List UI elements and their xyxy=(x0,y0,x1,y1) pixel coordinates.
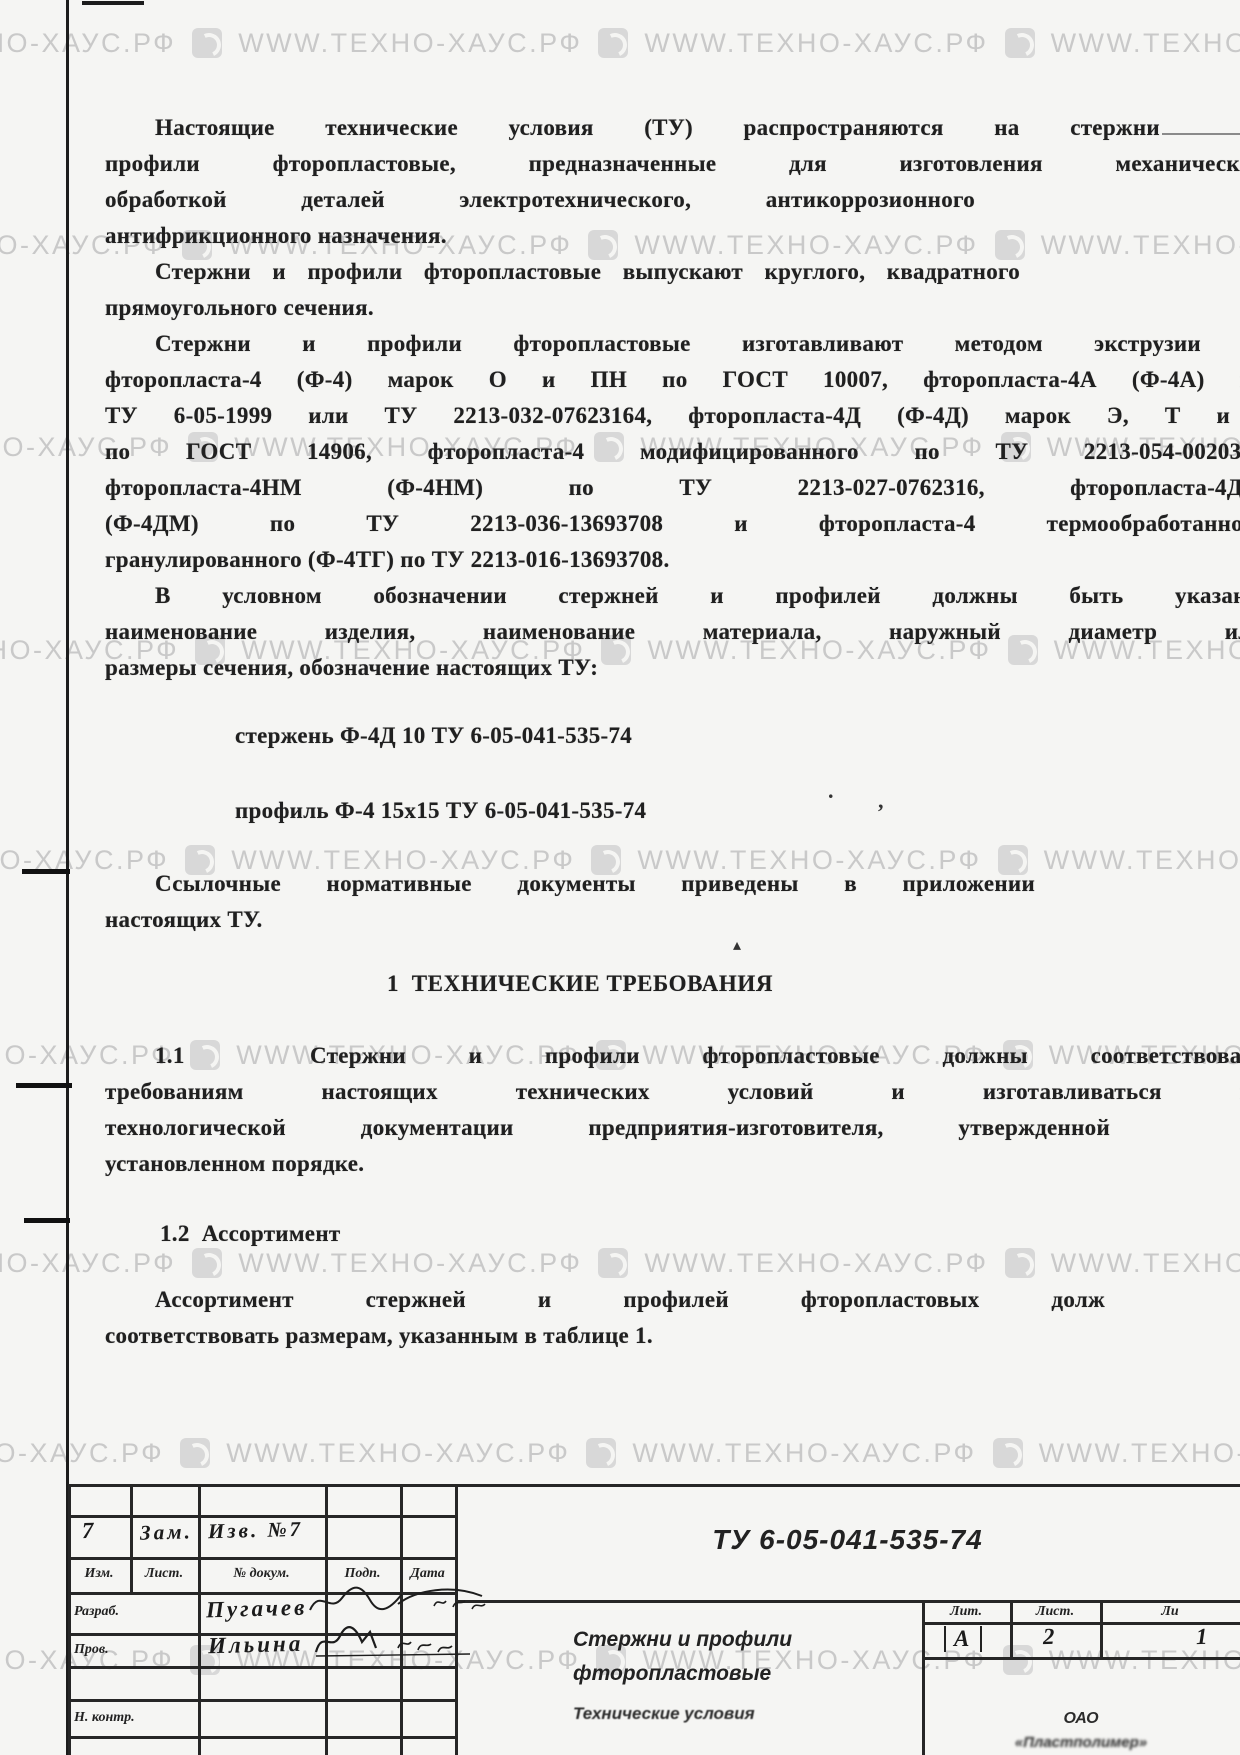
prov-name: Ильина xyxy=(208,1631,304,1659)
watermark-text: WWW.ТЕХНО-ХАУС.РФ xyxy=(1039,1438,1240,1468)
stamp-title-line1: Стержни и профили xyxy=(573,1628,792,1652)
prov-signature-scribble xyxy=(310,1624,480,1658)
row-label-razrab: Разраб. xyxy=(74,1604,194,1620)
page-top-tick xyxy=(82,1,144,5)
scan-artifact-comma: , xyxy=(878,788,884,814)
org-name-line2: «Пластполимер» xyxy=(922,1734,1240,1751)
stamp-line xyxy=(68,1557,455,1560)
row-label-prov: Пров. xyxy=(74,1642,194,1658)
text-line: требованиям настоящих технических услови… xyxy=(105,1074,1240,1110)
recycle-logo-icon xyxy=(192,28,222,58)
text-line: гранулированного (Ф-4ТГ) по ТУ 2213-016-… xyxy=(105,542,1240,578)
margin-dash xyxy=(16,1083,72,1088)
col-header-data: Дата xyxy=(400,1566,455,1582)
text-line: технологической документации предприятия… xyxy=(105,1110,1110,1146)
recycle-logo-icon xyxy=(1005,28,1035,58)
designation-example: профиль Ф-4 15х15 ТУ 6-05-041-535-74 xyxy=(235,793,1240,829)
stamp-line xyxy=(922,1622,1240,1625)
stamp-line xyxy=(68,1736,455,1739)
title-block: 7 Зам. Изв. №7 Изм. Лист. № докум. Подп.… xyxy=(68,1484,1240,1755)
stamp-line xyxy=(68,1666,455,1669)
stamp-line xyxy=(198,1484,201,1755)
stamp-line xyxy=(68,1699,455,1702)
stamp-doc-number: ТУ 6-05-041-535-74 xyxy=(455,1524,1240,1556)
recycle-logo-icon xyxy=(180,1438,210,1468)
watermark-text: WWW.ТЕХНО-ХАУС.РФ xyxy=(0,28,176,58)
sheet-header: Лист. xyxy=(1010,1604,1100,1620)
col-header-dokum: № докум. xyxy=(198,1566,325,1582)
text-line: (Ф-4ДМ) по ТУ 2213-036-13693708 и фтороп… xyxy=(105,506,1240,542)
text-line: антифрикционного назначения. xyxy=(105,218,1240,254)
scan-artifact-dot: . xyxy=(828,778,834,804)
text-line: Стержни и профили фторопластовые изготав… xyxy=(105,326,1240,362)
recycle-logo-icon xyxy=(598,28,628,58)
text-line: профили фторопластовые, предназначенные … xyxy=(105,146,1240,182)
text-line: соответствовать размерам, указанным в та… xyxy=(105,1318,1240,1354)
text-line: наименование изделия, наименование матер… xyxy=(105,614,1240,650)
text-line: ТУ 6-05-1999 или ТУ 2213-032-07623164, ф… xyxy=(105,398,1230,434)
text-line: 1.1 Стержни и профили фторопластовые дол… xyxy=(105,1038,1240,1074)
stamp-title-line2: фторопластовые xyxy=(573,1662,771,1686)
recycle-logo-icon xyxy=(993,1438,1023,1468)
watermark-text: WWW.ТЕХНО-ХАУС.РФ xyxy=(632,1438,976,1468)
col-header-podp: Подп. xyxy=(325,1566,400,1582)
lit-value: А xyxy=(944,1626,982,1652)
stamp-subtitle: Технические условия xyxy=(573,1704,755,1724)
stamp-line xyxy=(455,1600,1240,1603)
sheets-header: Ли xyxy=(1100,1604,1240,1620)
razrab-name: Пугачев xyxy=(206,1595,308,1624)
text-line: размеры сечения, обозначение настоящих Т… xyxy=(105,650,1240,686)
scan-artifact-line xyxy=(1162,133,1240,135)
watermark-text: WWW.ТЕХНО-ХАУС.РФ xyxy=(644,28,988,58)
designation-example: стержень Ф-4Д 10 ТУ 6-05-041-535-74 xyxy=(235,718,1240,754)
text-line: фторопласта-4НМ (Ф-4НМ) по ТУ 2213-027-0… xyxy=(105,470,1240,506)
text-line: фторопласта-4 (Ф-4) марок О и ПН по ГОСТ… xyxy=(105,362,1240,398)
watermark-text: WWW.ТЕХНО-ХАУС.РФ xyxy=(226,1438,570,1468)
text-line: настоящих ТУ. xyxy=(105,902,1240,938)
text-line: Настоящие технические условия (ТУ) распр… xyxy=(105,110,1160,146)
razrab-signature-scribble xyxy=(306,1584,486,1618)
text-line: В условном обозначении стержней и профил… xyxy=(105,578,1240,614)
sheet-value: 2 xyxy=(1043,1624,1058,1650)
watermark-row: WWW.ТЕХНО-ХАУС.РФWWW.ТЕХНО-ХАУС.РФWWW.ТЕ… xyxy=(0,1438,1240,1469)
text-line: обработкой деталей электротехнического, … xyxy=(105,182,975,218)
scanned-document-page: { "page": { "background": "#f5f5f3", "in… xyxy=(0,0,1240,1755)
stamp-line xyxy=(922,1657,1240,1660)
text-line: прямоугольного сечения. xyxy=(105,290,1240,326)
text-line: по ГОСТ 14906, фторопласта-4 модифициров… xyxy=(105,434,1240,470)
watermark-text: WWW.ТЕХНО-ХАУС.РФ xyxy=(238,28,582,58)
change-type: Зам. xyxy=(140,1519,193,1545)
watermark-text: WWW.ТЕХНО-ХАУС.РФ xyxy=(1051,28,1240,58)
section-heading: 1 ТЕХНИЧЕСКИЕ ТРЕБОВАНИЯ xyxy=(105,966,1055,1002)
watermark-row: WWW.ТЕХНО-ХАУС.РФWWW.ТЕХНО-ХАУС.РФWWW.ТЕ… xyxy=(0,28,1240,59)
org-name-line1: ОАО xyxy=(922,1710,1240,1728)
subsection-heading: 1.2 Ассортимент xyxy=(160,1216,1240,1252)
watermark-text: WWW.ТЕХНО-ХАУС.РФ xyxy=(0,1438,164,1468)
text-line: Стержни и профили фторопластовые выпуска… xyxy=(105,254,1020,290)
text-line: Ссылочные нормативные документы приведен… xyxy=(105,866,1035,902)
margin-dash xyxy=(22,869,70,874)
scan-artifact-dot: ▴ xyxy=(733,935,741,955)
stamp-line xyxy=(68,1484,71,1755)
recycle-logo-icon xyxy=(586,1438,616,1468)
lit-header: Лит. xyxy=(922,1604,1010,1620)
stamp-line xyxy=(400,1484,403,1755)
col-header-izm: Изм. xyxy=(68,1566,130,1582)
stamp-line xyxy=(325,1484,328,1755)
change-number: 7 xyxy=(82,1518,97,1544)
sheets-value: 1 xyxy=(1196,1624,1211,1650)
text-line: установленном порядке. xyxy=(105,1146,1240,1182)
change-doc-number: Изв. №7 xyxy=(208,1517,304,1544)
text-line: Ассортимент стержней и профилей фторопла… xyxy=(105,1282,1105,1318)
col-header-list: Лист. xyxy=(130,1566,198,1582)
margin-dash xyxy=(24,1218,70,1223)
stamp-line xyxy=(922,1600,925,1755)
stamp-line xyxy=(68,1484,1240,1487)
row-label-nkontr: Н. контр. xyxy=(74,1710,194,1726)
document-body: Настоящие технические условия (ТУ) распр… xyxy=(105,110,1240,1354)
